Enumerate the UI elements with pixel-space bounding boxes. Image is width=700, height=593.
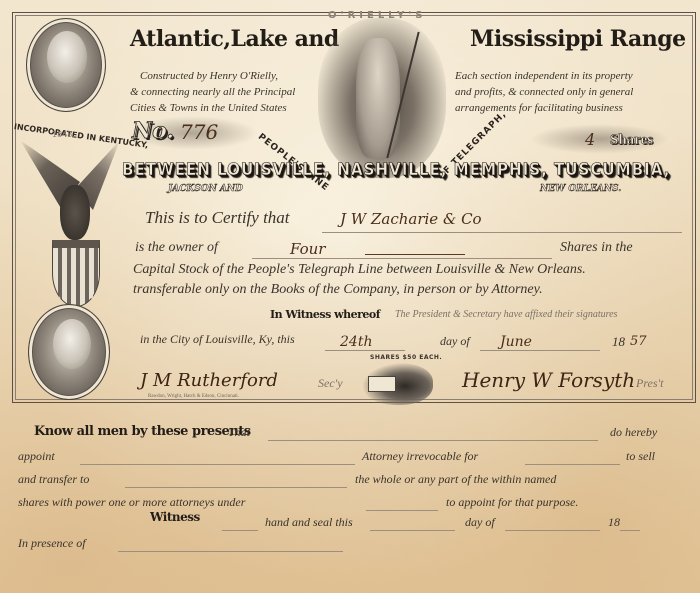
assignment-whole-or-part: the whole or any part of the within name…	[355, 472, 556, 487]
holder-name-line	[322, 232, 682, 233]
certificate-number-value: 776	[180, 120, 218, 144]
assignment-year-prefix: 18	[608, 515, 620, 530]
portrait-face	[47, 31, 87, 83]
secretary-title: Sec'y	[318, 376, 343, 391]
city-line: in the City of Louisville, Ky, this	[140, 332, 295, 347]
route-banner: BETWEEN LOUISVILLE, NASHVILLE, MEMPHIS, …	[122, 160, 623, 179]
month-value: June	[500, 334, 532, 350]
left-blurb-line-1: Constructed by Henry O'Rielly,	[130, 68, 295, 84]
portrait-top-left	[26, 18, 106, 112]
year-prefix: 18	[612, 334, 625, 350]
day-line	[325, 350, 405, 351]
president-title: Pres't	[636, 376, 663, 391]
left-blurb-line-3: Cities & Towns in the United States	[130, 100, 295, 116]
day-of-label: day of	[440, 334, 470, 349]
left-blurb: Constructed by Henry O'Rielly, & connect…	[130, 68, 295, 116]
seal-day-field[interactable]	[370, 530, 455, 531]
owner-label: is the owner of	[135, 240, 218, 256]
attorneys-under-field[interactable]	[366, 510, 438, 511]
train-car	[368, 376, 396, 392]
left-blurb-line-2: & connecting nearly all the Principal	[130, 84, 295, 100]
assignment-to-sell: to sell	[626, 449, 655, 464]
assignment-in-presence: In presence of	[18, 536, 86, 551]
route-sub-right: NEW ORLEANS.	[540, 184, 621, 194]
title-right: Mississippi Range	[470, 26, 686, 52]
transferee-name-field[interactable]	[125, 487, 347, 488]
assignor-name-field[interactable]	[268, 440, 598, 441]
right-blurb-line-2: and profits, & connected only in general	[455, 84, 633, 100]
president-signature: Henry W Forsyth	[462, 368, 635, 392]
title-left: Atlantic,Lake and	[130, 26, 339, 52]
irrevocable-for-field[interactable]	[525, 464, 620, 465]
eagle-body	[60, 185, 90, 240]
assignment-shares-power: shares with power one or more attorneys …	[18, 495, 245, 510]
assignment-appoint-purpose: to appoint for that purpose.	[446, 495, 578, 510]
assignment-witness-heading: Witness	[150, 510, 200, 524]
route-sub-left: JACKSON AND	[168, 184, 243, 194]
witness-whose-field[interactable]	[222, 530, 258, 531]
right-blurb-line-1: Each section independent in its property	[455, 68, 633, 84]
seated-figure-engraving	[356, 38, 400, 158]
assignment-attorney-irrevocable: Attorney irrevocable for	[362, 449, 478, 464]
assignment-do-hereby: do hereby	[610, 425, 657, 440]
transfer-line: transferable only on the Books of the Co…	[133, 282, 543, 298]
shares-count: 4	[585, 130, 595, 149]
assignment-transfer-to: and transfer to	[18, 472, 89, 487]
shares-written-line	[252, 258, 552, 259]
attorney-name-field[interactable]	[80, 464, 355, 465]
shares-written-flourish	[365, 254, 465, 255]
assignment-that: That	[228, 425, 250, 440]
shares-label: Shares	[610, 132, 653, 149]
assignment-heading: Know all men by these presents	[34, 424, 251, 439]
month-line	[480, 350, 600, 351]
portrait-bottom-left	[28, 304, 110, 400]
capital-stock-line: Capital Stock of the People's Telegraph …	[133, 262, 586, 278]
eagle-engraving	[20, 140, 120, 250]
par-value: SHARES $50 EACH.	[370, 354, 442, 361]
seal-month-field[interactable]	[505, 530, 600, 531]
shield-icon	[52, 240, 100, 307]
certify-label: This is to Certify that	[145, 208, 290, 228]
year-value: 57	[630, 334, 647, 349]
seal-year-field[interactable]	[620, 530, 640, 531]
shares-in-label: Shares in the	[560, 240, 633, 256]
engraver-imprint: Rawdon, Wright, Hatch & Edson, Cincinnat…	[148, 394, 239, 399]
secretary-signature: J M Rutherford	[140, 370, 278, 391]
assignment-appoint: appoint	[18, 449, 55, 464]
certificate-number-label: No.	[132, 118, 174, 144]
right-blurb: Each section independent in its property…	[455, 68, 633, 116]
day-value: 24th	[340, 334, 372, 350]
presence-of-field[interactable]	[118, 551, 343, 552]
witness-text: The President & Secretary have affixed t…	[395, 309, 617, 320]
incorporated-year: 1848.	[52, 130, 75, 139]
witness-heading: In Witness whereof	[270, 308, 380, 321]
assignment-hand-seal: hand and seal this	[265, 515, 353, 530]
holder-name: J W Zacharie & Co	[340, 210, 482, 228]
shares-written: Four	[290, 240, 325, 258]
right-blurb-line-3: arrangements for facilitating business	[455, 100, 633, 116]
portrait-face	[53, 319, 91, 369]
assignment-day-of: day of	[465, 515, 495, 530]
